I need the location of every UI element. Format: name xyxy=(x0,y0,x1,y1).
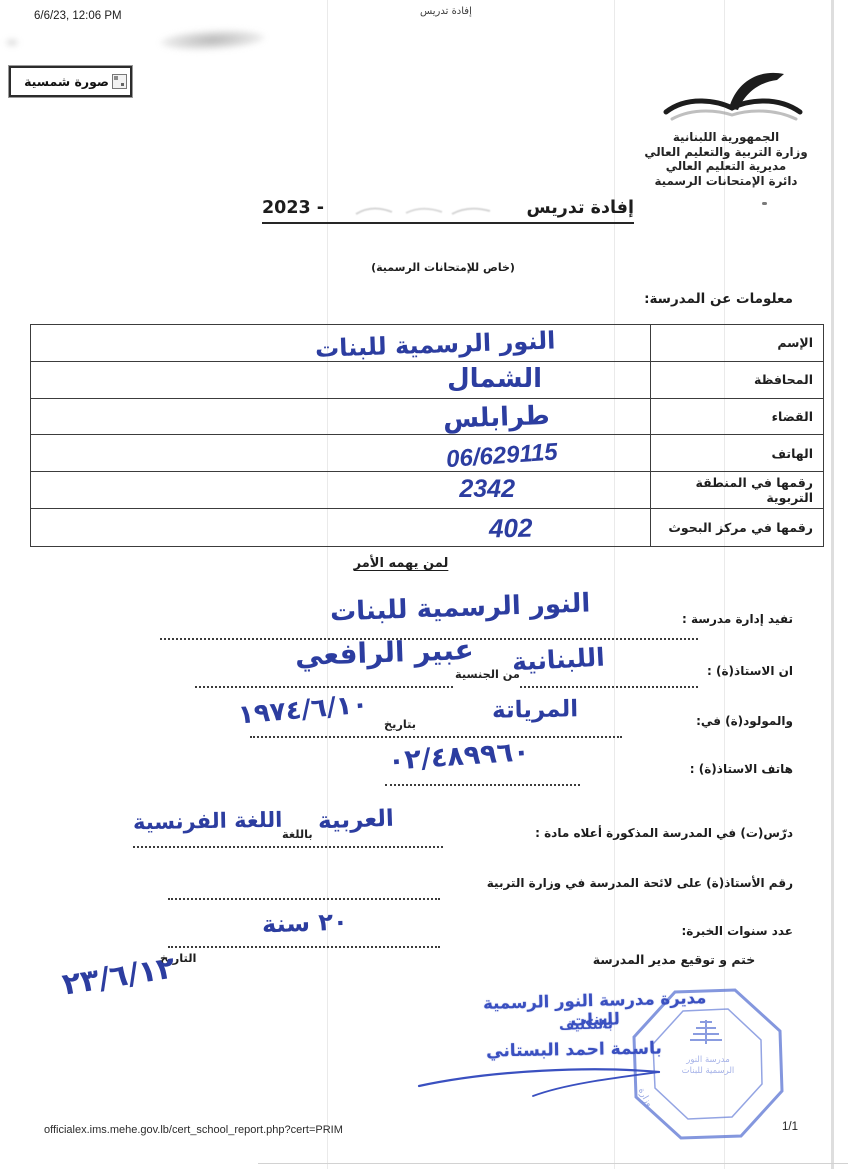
handwritten-language: اللغة الفرنسية xyxy=(133,809,283,835)
school-info-table: الإسم النور الرسمية للبنات المحافظة الشم… xyxy=(30,324,824,547)
document-title: إفادة تدريس - 2023 xyxy=(262,198,634,224)
handwritten-value: 06/629115 xyxy=(446,433,651,474)
handwritten-value: طرابلس xyxy=(443,399,651,435)
birthdate-label: بتاريخ xyxy=(384,718,416,731)
nationality-label: من الجنسية xyxy=(455,668,520,681)
ink-smudge-artifact xyxy=(4,38,20,47)
handwritten-value: الشمال xyxy=(447,365,650,394)
to-whom-heading: لمن يهمه الأمر xyxy=(328,556,474,571)
phone-line-label: هاتف الاستاذ(ة) : xyxy=(690,762,793,776)
handwritten-teacher-name: عبير الرافعي xyxy=(295,635,475,672)
print-doc-label: إفادة تدريس xyxy=(420,6,472,17)
language-label: باللغة xyxy=(282,828,313,841)
table-row-label: الإسم xyxy=(650,325,823,362)
fold-line-artifact xyxy=(327,0,328,1169)
school-line-label: تفيد إدارة مدرسة : xyxy=(682,612,793,626)
title-year: - 2023 xyxy=(262,198,324,218)
table-row-label: رقمها في مركز البحوث xyxy=(650,509,823,546)
page-edge-shadow xyxy=(258,1163,848,1164)
table-row-label: الهاتف xyxy=(650,435,823,472)
handwritten-value: النور الرسمية للبنات xyxy=(314,324,650,362)
table-row-value: الشمال xyxy=(31,362,650,399)
broken-image-icon xyxy=(112,74,127,89)
footer-url: officialex.ims.mehe.gov.lb/cert_school_r… xyxy=(44,1124,343,1136)
ministry-line: وزارة التربية والتعليم العالي xyxy=(636,145,816,160)
seal-center-text: الرسمية للبنات xyxy=(682,1066,735,1076)
birth-line-label: والمولود(ة) في: xyxy=(696,714,793,728)
ministry-line: دائرة الإمتحانات الرسمية xyxy=(636,174,816,189)
ink-smudge-artifact xyxy=(160,27,266,52)
table-row-label: المحافظة xyxy=(650,362,823,399)
table-row-value: 402 xyxy=(31,509,650,546)
subject-line-label: درّس(ت) في المدرسة المذكورة أعلاه مادة : xyxy=(535,826,793,840)
handwritten-subject: العربية xyxy=(318,807,395,835)
table-row-value: طرابلس xyxy=(31,399,650,436)
table-row-value: 06/629115 xyxy=(31,435,650,472)
handwritten-value: 402 xyxy=(488,512,650,543)
handwritten-experience: ٢٠ سنة xyxy=(262,909,348,938)
handwritten-birthplace: المرياتة xyxy=(492,697,579,724)
handwritten-date: ٢٣/٦/١٢ xyxy=(60,951,177,1001)
stamp-heading: ختم و توقيع مدير المدرسة xyxy=(583,952,765,967)
page-edge-shadow xyxy=(831,0,834,1169)
handwritten-nationality: اللبنانية xyxy=(511,644,605,676)
dotted-line xyxy=(168,876,440,900)
seal-center-text: مدرسة النور xyxy=(685,1055,730,1065)
faded-text-artifact xyxy=(324,200,526,218)
ministry-line: الجمهورية اللبنانية xyxy=(636,130,816,145)
photo-placeholder-box: صورة شمسية xyxy=(9,66,132,97)
stamp-text-line2: بالتكليف xyxy=(540,1017,632,1034)
handwritten-value: 2342 xyxy=(459,476,650,504)
title-main: إفادة تدريس xyxy=(527,198,635,218)
photo-placeholder-label: صورة شمسية xyxy=(24,74,109,89)
scan-dot-artifact xyxy=(762,202,767,205)
ministry-header: الجمهورية اللبنانية وزارة التربية والتعل… xyxy=(636,130,816,188)
table-row-value: النور الرسمية للبنات xyxy=(31,325,650,362)
table-row-value: 2342 xyxy=(31,472,650,509)
ministry-line: مديرية التعليم العالي xyxy=(636,159,816,174)
registry-line-label: رقم الأستاذ(ة) على لائحة المدرسة في وزار… xyxy=(487,876,793,890)
table-row-label: رقمها في المنطقة التربوية xyxy=(650,472,823,509)
ministry-logo-icon xyxy=(658,66,810,130)
experience-line-label: عدد سنوات الخبرة: xyxy=(681,924,793,938)
signature-swoosh xyxy=(413,1054,665,1102)
print-datetime: 6/6/23, 12:06 PM xyxy=(34,10,122,22)
title-subtitle: (خاص للإمتحانات الرسمية) xyxy=(343,261,543,274)
scanned-document-page: 6/6/23, 12:06 PM إفادة تدريس صورة شمسية … xyxy=(0,0,850,1169)
school-info-heading: معلومات عن المدرسة: xyxy=(595,291,793,307)
table-row-label: القضاء xyxy=(650,399,823,436)
teacher-line-label: ان الاستاذ(ة) : xyxy=(707,664,793,678)
